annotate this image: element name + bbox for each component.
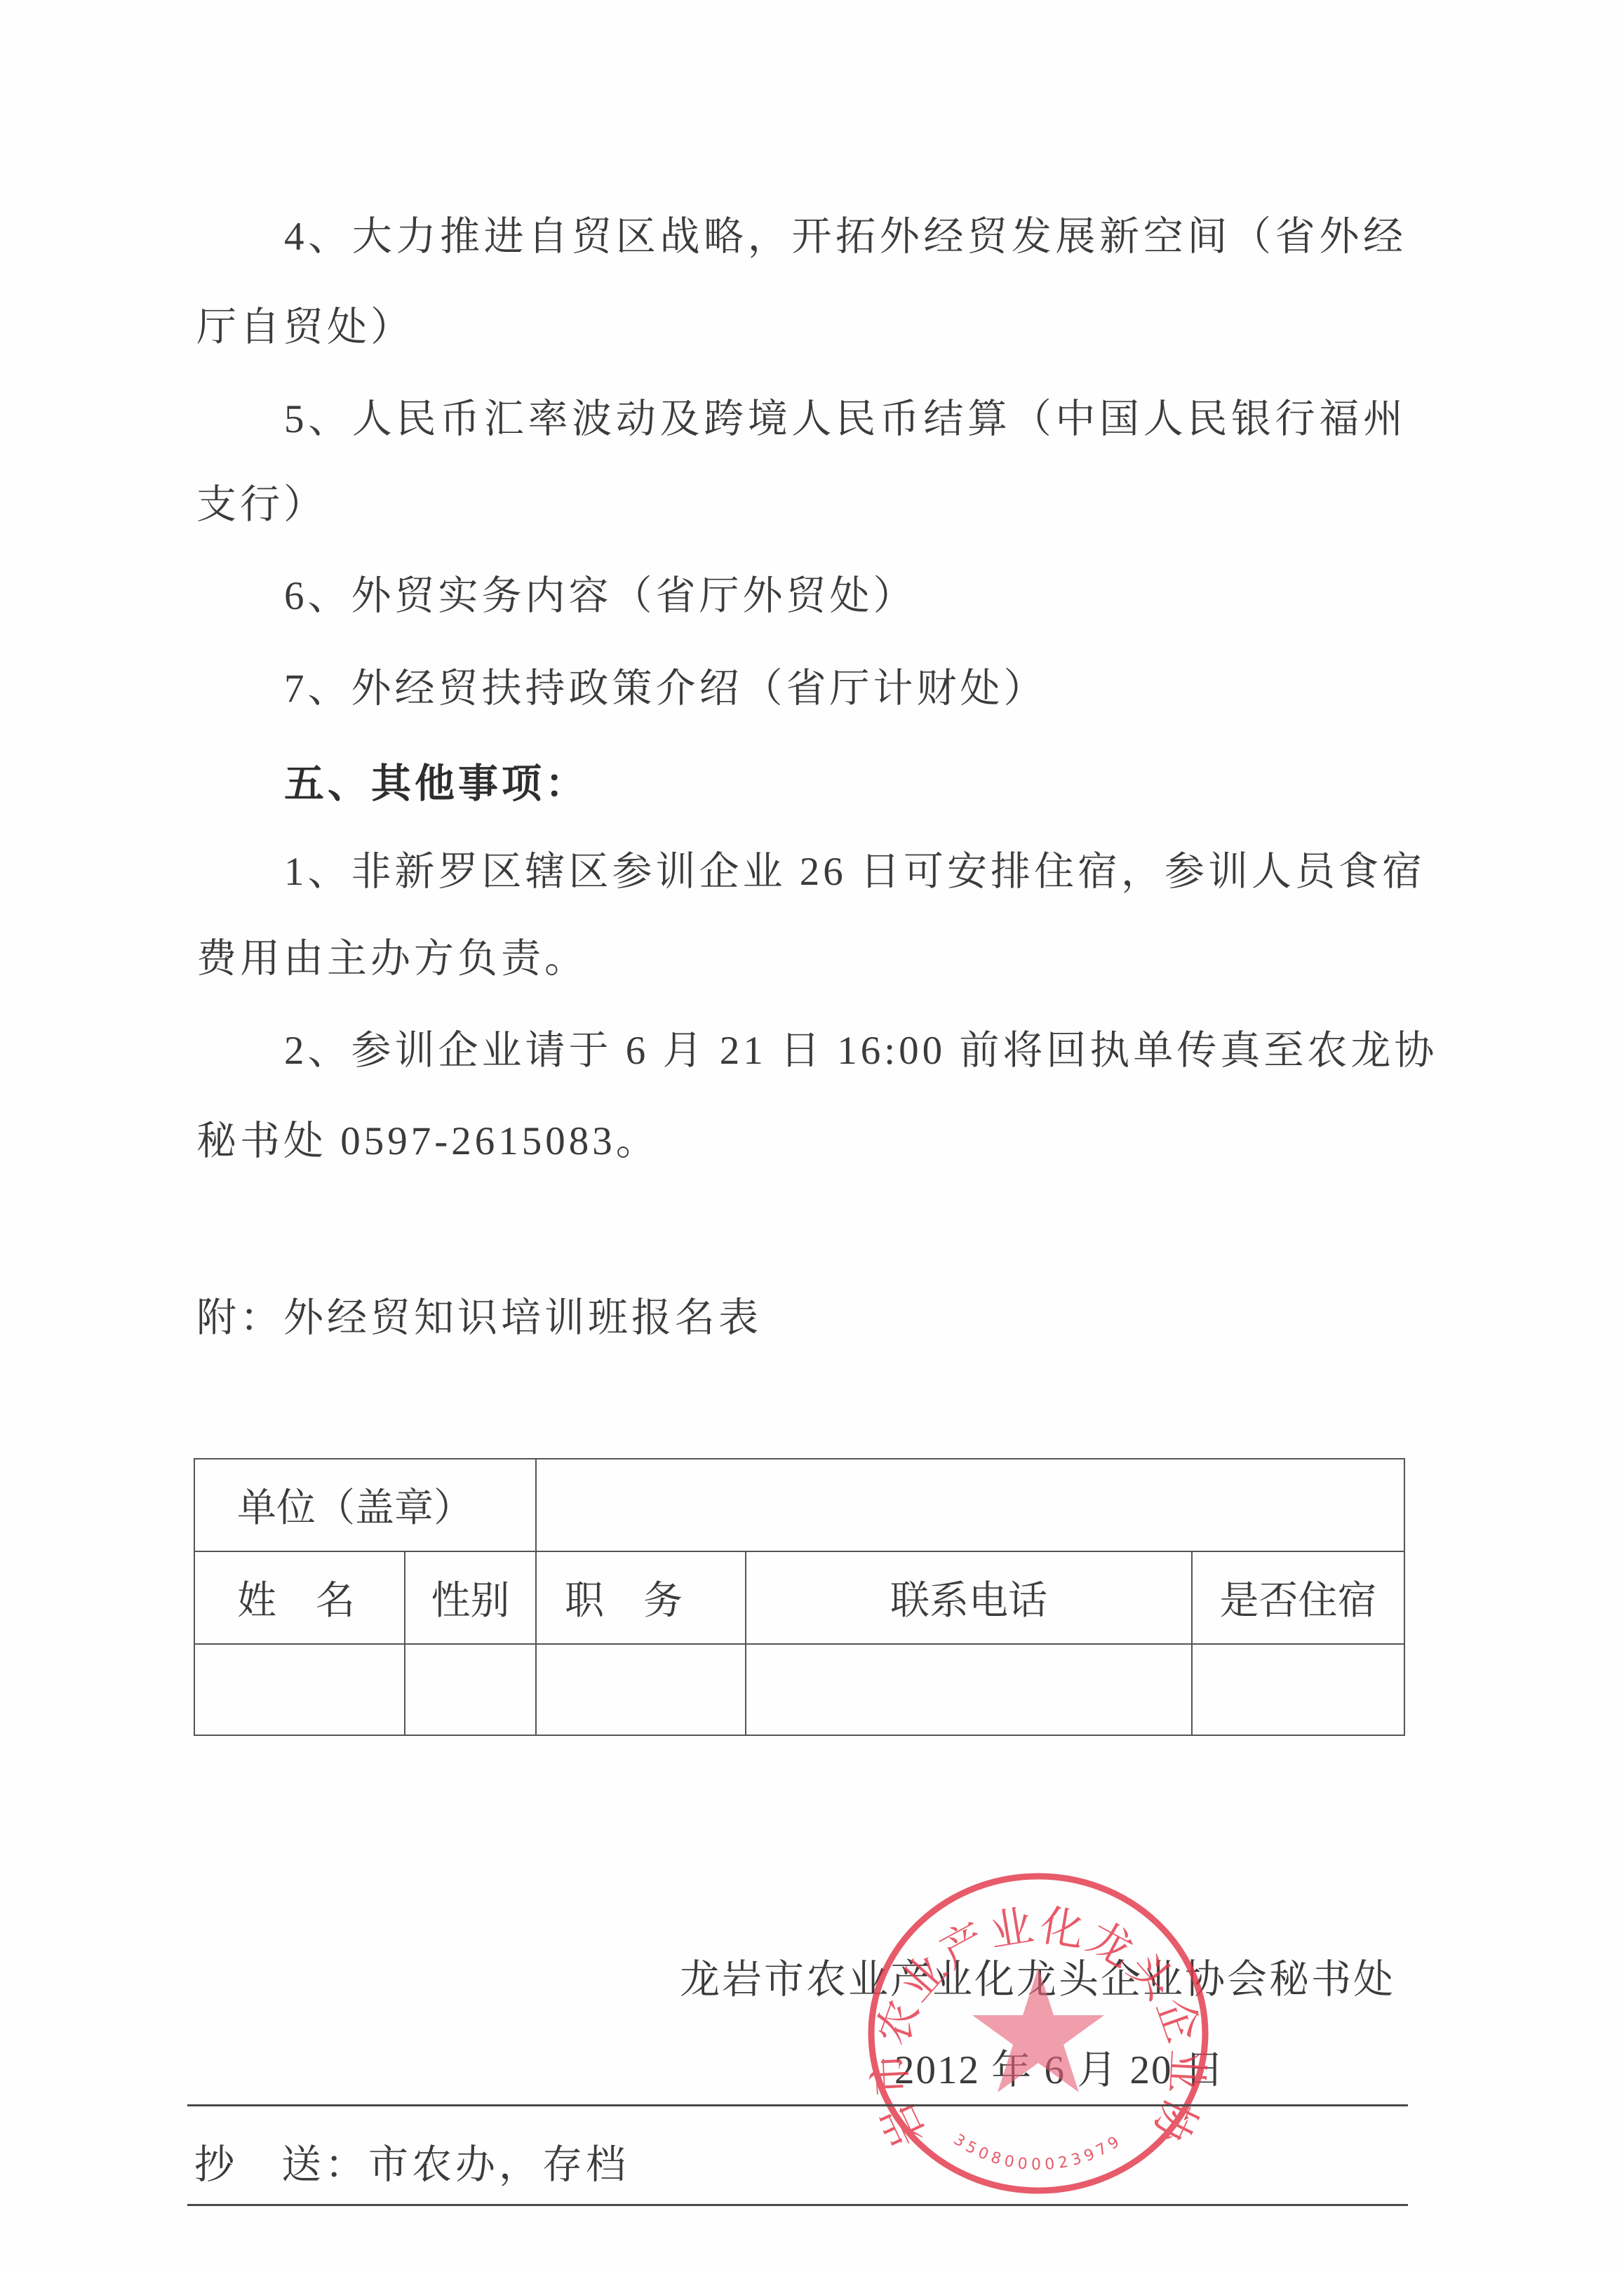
- section-heading-other-matters: 五、其他事项：: [284, 758, 589, 811]
- cc-recipients: 市农办，存档: [368, 2143, 629, 2187]
- cc-line: 抄 送：市农办，存档: [194, 2139, 629, 2192]
- signature-date: 2012 年 6 月 20 日: [894, 2044, 1226, 2097]
- other-item-2-line-2: 秘书处 0597-2615083。: [196, 1115, 659, 1168]
- header-accommodation-label: 是否住宿: [1220, 1570, 1377, 1626]
- header-accommodation: 是否住宿: [1191, 1551, 1405, 1645]
- registration-form-table: 单位（盖章） 姓 名 性别 职 务 联系电话 是否住宿: [194, 1458, 1405, 1736]
- header-position-label: 职 务: [565, 1570, 683, 1626]
- document-page: 4、大力推进自贸区战略，开拓外经贸发展新空间（省外经 厅自贸处） 5、人民币汇率…: [0, 0, 1624, 2272]
- unit-label: 单位（盖章）: [237, 1477, 473, 1533]
- cell-position[interactable]: [535, 1643, 746, 1736]
- unit-label-cell: 单位（盖章）: [194, 1458, 537, 1552]
- cc-label: 抄 送：: [194, 2143, 368, 2187]
- item-5-line-1: 5、人民币汇率波动及跨境人民币结算（中国人民银行福州: [284, 393, 1407, 446]
- footer-rule-top: [187, 2104, 1408, 2106]
- header-phone: 联系电话: [745, 1551, 1193, 1645]
- item-6: 6、外贸实务内容（省厅外贸处）: [284, 570, 917, 623]
- svg-text:龙岩市农业产业化龙头企业协会: 龙岩市农业产业化龙头企业协会: [863, 1869, 1213, 2155]
- other-item-1-line-1: 1、非新罗区辖区参训企业 26 日可安排住宿，参训人员食宿: [284, 846, 1407, 899]
- header-name: 姓 名: [194, 1551, 405, 1645]
- footer-rule-bottom: [187, 2204, 1408, 2206]
- cell-name[interactable]: [194, 1643, 405, 1736]
- signature-organization: 龙岩市农业产业化龙头企业协会秘书处: [680, 1953, 1395, 2007]
- attachment-label: 附：外经贸知识培训班报名表: [196, 1292, 762, 1345]
- seal-number: 3508000023979: [951, 2131, 1127, 2174]
- header-gender: 性别: [404, 1551, 537, 1645]
- header-name-label: 姓 名: [237, 1570, 355, 1626]
- header-position: 职 务: [535, 1551, 746, 1645]
- item-7: 7、外经贸扶持政策介绍（省厅计财处）: [284, 662, 1047, 716]
- item-4-line-2: 厅自贸处）: [196, 301, 414, 354]
- item-4-line-1: 4、大力推进自贸区战略，开拓外经贸发展新空间（省外经: [284, 211, 1407, 264]
- other-item-1-line-2: 费用由主办方负责。: [196, 933, 588, 986]
- cell-gender[interactable]: [404, 1643, 537, 1736]
- other-item-2-line-1: 2、参训企业请于 6 月 21 日 16:00 前将回执单传真至农龙协: [284, 1024, 1407, 1078]
- cell-accommodation[interactable]: [1191, 1643, 1405, 1736]
- header-gender-label: 性别: [431, 1570, 510, 1626]
- cell-phone[interactable]: [745, 1643, 1193, 1736]
- header-phone-label: 联系电话: [890, 1570, 1047, 1626]
- unit-value-cell[interactable]: [535, 1458, 1405, 1552]
- item-5-line-2: 支行）: [196, 479, 327, 532]
- svg-text:3508000023979: 3508000023979: [951, 2131, 1127, 2174]
- official-seal-icon: 龙岩市农业产业化龙头企业协会 3508000023979: [863, 1869, 1214, 2198]
- seal-arc-text: 龙岩市农业产业化龙头企业协会: [863, 1869, 1213, 2155]
